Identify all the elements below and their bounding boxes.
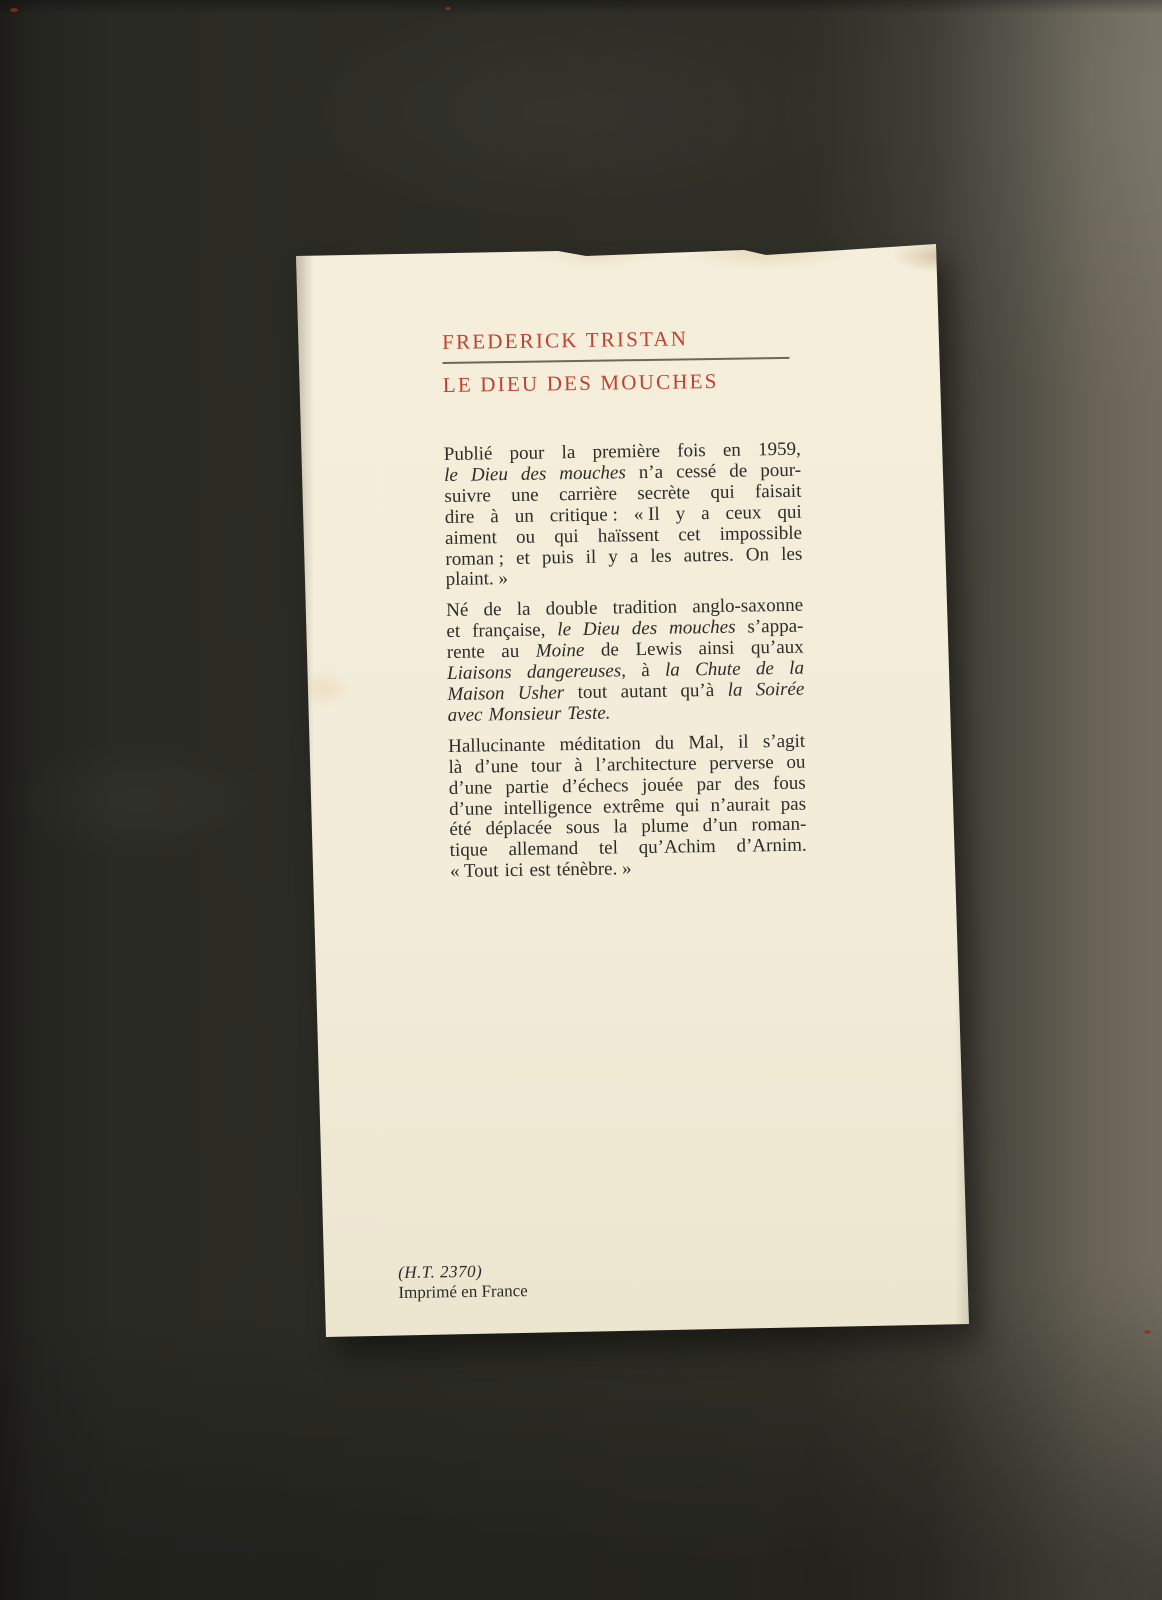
imprint: (H.T. 2370) Imprimé en France: [398, 1261, 528, 1303]
imprint-code: (H.T. 2370): [398, 1261, 528, 1283]
red-speck: [445, 7, 451, 10]
imprint-origin: Imprimé en France: [398, 1281, 528, 1303]
back-cover-blurb: Publiépourlapremièrefoisen1959,leDieudes…: [444, 440, 807, 883]
text-line: « Touticiestténèbre. »: [450, 857, 807, 883]
blurb-paragraph: HallucinanteméditationduMal,ils’agitlàd’…: [448, 731, 807, 883]
book-cover: FREDERICK TRISTAN LE DIEU DES MOUCHES Pu…: [296, 244, 969, 1337]
red-speck: [1144, 1330, 1151, 1334]
blurb-paragraph: Publiépourlapremièrefoisen1959,leDieudes…: [444, 440, 803, 592]
blurb-paragraph: Nédeladoubletraditionanglo-saxonneetfran…: [446, 596, 805, 727]
text-line: avecMonsieurTeste.: [448, 701, 805, 727]
red-speck: [10, 8, 18, 12]
author-name: FREDERICK TRISTAN: [442, 325, 802, 354]
photo-background: FREDERICK TRISTAN LE DIEU DES MOUCHES Pu…: [0, 0, 1162, 1600]
text-line: plaint. »: [446, 565, 803, 591]
book-title: LE DIEU DES MOUCHES: [443, 368, 803, 397]
title-underline: [442, 357, 789, 364]
back-cover-text: FREDERICK TRISTAN LE DIEU DES MOUCHES Pu…: [442, 325, 810, 883]
